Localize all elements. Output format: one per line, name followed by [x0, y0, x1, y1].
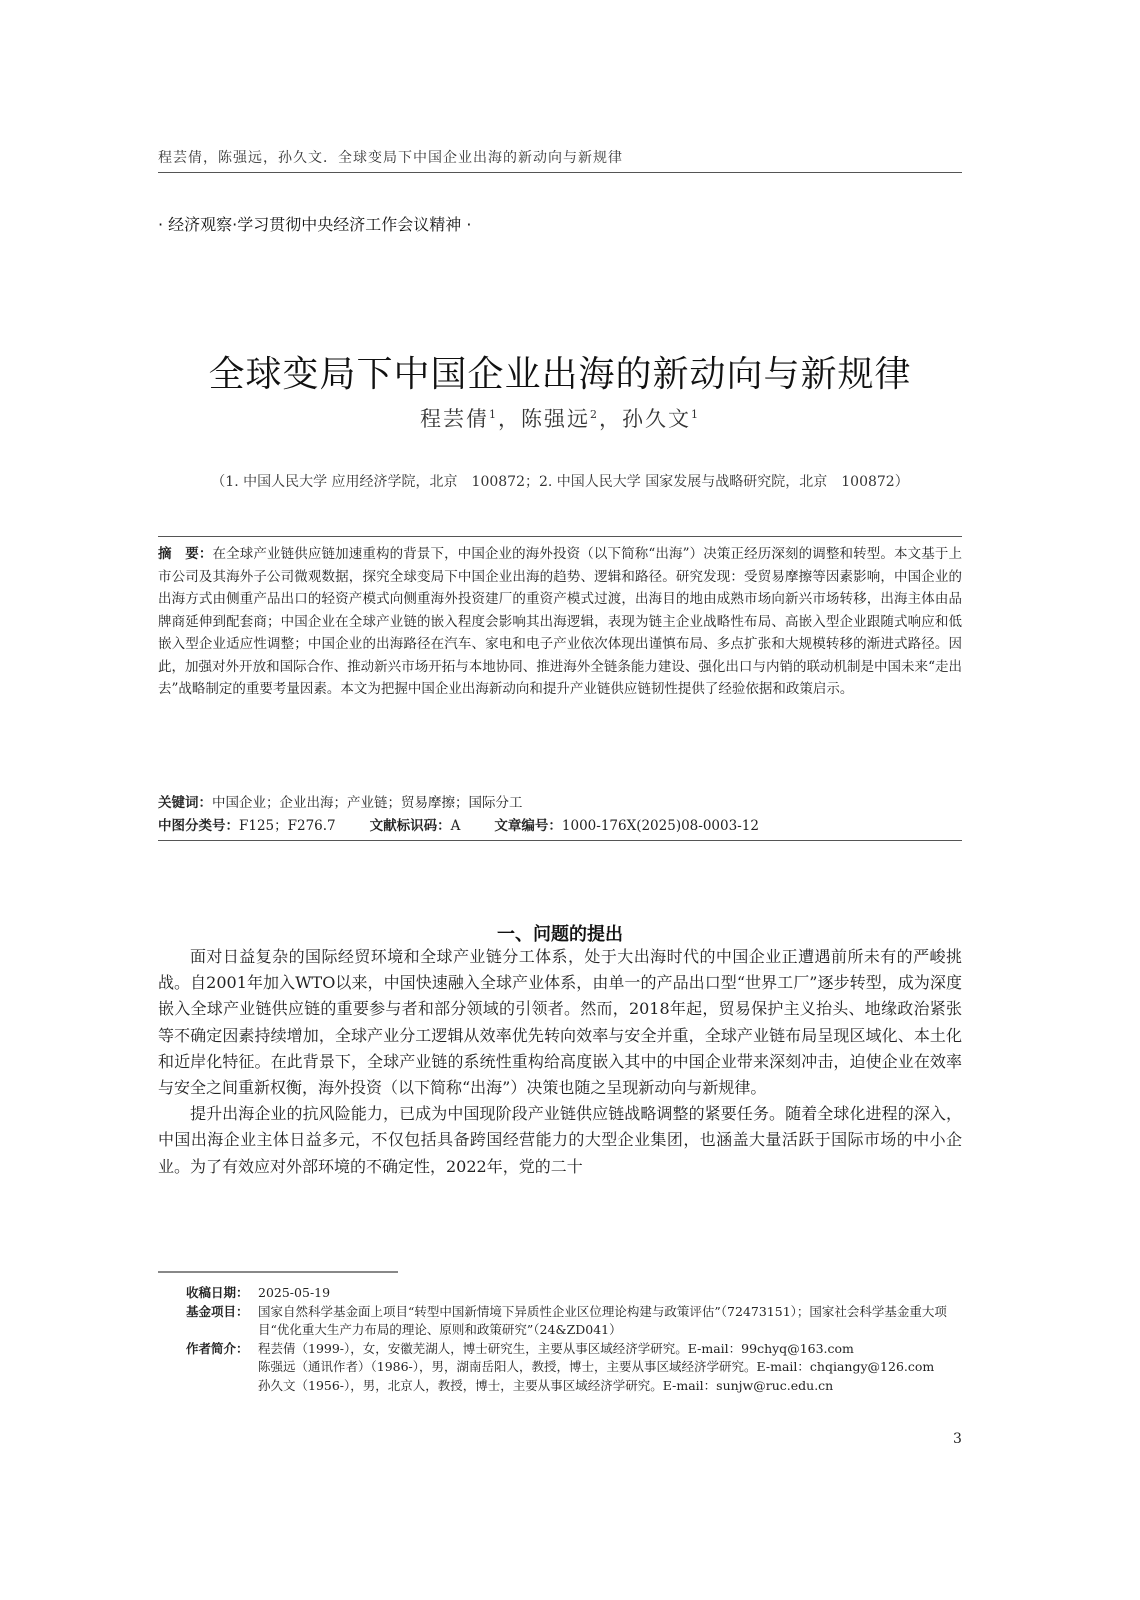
running-head: 程芸倩，陈强远，孙久文．全球变局下中国企业出海的新动向与新规律: [158, 147, 962, 167]
article-no-value: 1000-176X(2025)08-0003-12: [562, 818, 759, 834]
author-affil-mark: 1: [691, 408, 700, 421]
page-number: 3: [953, 1431, 962, 1447]
doc-code-value: A: [451, 818, 461, 834]
received-date: 2025-05-19: [258, 1284, 976, 1303]
header-divider: [158, 172, 962, 173]
funding-text: 国家自然科学基金面上项目“转型中国新情境下异质性企业区位理论构建与政策评估”（7…: [258, 1303, 976, 1340]
received-label: 收稿日期：: [186, 1284, 258, 1303]
section-heading: 一、问题的提出: [158, 920, 962, 946]
keywords: 关键词：中国企业；企业出海；产业链；贸易摩擦；国际分工: [158, 791, 962, 811]
author-bio: 孙久文（1956-），男，北京人，教授，博士，主要从事区域经济学研究。E-mai…: [258, 1377, 976, 1396]
abstract: 摘 要：在全球产业链供应链加速重构的背景下，中国企业的海外投资（以下简称“出海”…: [158, 543, 962, 701]
author-name: 陈强远: [521, 407, 590, 431]
footnote-bios: 作者简介： 程芸倩（1999-），女，安徽芜湖人，博士研究生，主要从事区域经济学…: [186, 1340, 976, 1396]
keywords-label: 关键词：: [158, 795, 212, 811]
funding-label: 基金项目：: [186, 1303, 258, 1340]
abstract-text: 在全球产业链供应链加速重构的背景下，中国企业的海外投资（以下简称“出海”）决策正…: [158, 546, 962, 697]
abstract-top-divider: [158, 536, 962, 537]
author-separator: ，: [599, 407, 622, 431]
footnote-divider: [158, 1271, 398, 1273]
author-affil-mark: 2: [590, 408, 599, 421]
footnotes: 收稿日期： 2025-05-19 基金项目： 国家自然科学基金面上项目“转型中国…: [186, 1284, 976, 1395]
abstract-bottom-divider: [158, 840, 962, 841]
author-list: 程芸倩1，陈强远2，孙久文1: [158, 403, 962, 433]
affiliations: （1. 中国人民大学 应用经济学院，北京 100872；2. 中国人民大学 国家…: [158, 471, 962, 491]
author-name: 孙久文: [622, 407, 691, 431]
clc-value: F125；F276.7: [239, 818, 336, 834]
article-no-label: 文章编号：: [494, 818, 562, 834]
doc-code-label: 文献标识码：: [370, 818, 451, 834]
author-affil-mark: 1: [489, 408, 498, 421]
article-title: 全球变局下中国企业出海的新动向与新规律: [158, 346, 962, 397]
footnote-received: 收稿日期： 2025-05-19: [186, 1284, 976, 1303]
keywords-text: 中国企业；企业出海；产业链；贸易摩擦；国际分工: [212, 795, 523, 811]
bios-list: 程芸倩（1999-），女，安徽芜湖人，博士研究生，主要从事区域经济学研究。E-m…: [258, 1340, 976, 1396]
classification-line: 中图分类号：F125；F276.7文献标识码：A文章编号：1000-176X(2…: [158, 814, 962, 834]
column-tag: · 经济观察·学习贯彻中央经济工作会议精神 ·: [158, 212, 471, 235]
clc-label: 中图分类号：: [158, 818, 239, 834]
bios-label: 作者简介：: [186, 1340, 258, 1396]
body-paragraph: 面对日益复杂的国际经贸环境和全球产业链分工体系，处于大出海时代的中国企业正遭遇前…: [158, 944, 962, 1101]
footnote-funding: 基金项目： 国家自然科学基金面上项目“转型中国新情境下异质性企业区位理论构建与政…: [186, 1303, 976, 1340]
author-bio: 陈强远（通讯作者）（1986-），男，湖南岳阳人，教授，博士，主要从事区域经济学…: [258, 1358, 976, 1377]
author-name: 程芸倩: [420, 407, 489, 431]
abstract-label: 摘 要：: [158, 546, 213, 562]
author-bio: 程芸倩（1999-），女，安徽芜湖人，博士研究生，主要从事区域经济学研究。E-m…: [258, 1340, 976, 1359]
author-separator: ，: [498, 407, 521, 431]
body-text: 面对日益复杂的国际经贸环境和全球产业链分工体系，处于大出海时代的中国企业正遭遇前…: [158, 944, 962, 1180]
body-paragraph: 提升出海企业的抗风险能力，已成为中国现阶段产业链供应链战略调整的紧要任务。随着全…: [158, 1101, 962, 1180]
